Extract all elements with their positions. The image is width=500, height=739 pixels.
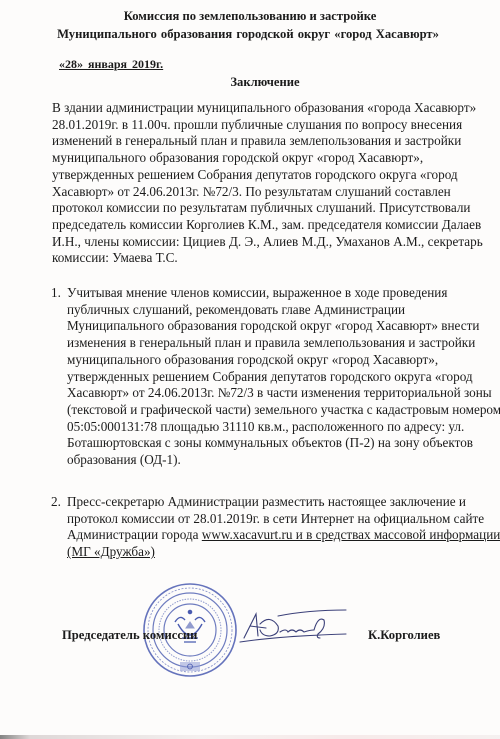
text-line: 28.01.2019г. в 11.00ч. прошли публичные … (52, 117, 472, 134)
signatory-name: К.Корголиев (368, 628, 440, 643)
header-municipality: Муниципального образования городской окр… (0, 27, 498, 42)
media-link[interactable]: (МГ «Дружба») (67, 544, 500, 561)
text-line: изменения в генеральный план и правила з… (67, 335, 500, 352)
text-line: комиссии: Умаева Т.С. (52, 250, 472, 267)
text-line: председатель комиссии Корголиев К.М., за… (52, 217, 472, 234)
scan-edge (0, 735, 500, 739)
text-line: 05:05:000131:78 площадью 31110 кв.м., ра… (67, 419, 500, 436)
text-line: Администрации города www.xacavurt.ru и в… (67, 527, 500, 544)
header-commission: Комиссия по землепользованию и застройке (0, 9, 500, 24)
text-line: протокол комиссии по результатам публичн… (52, 200, 472, 217)
text-line: Боташюртовская с зоны коммунальных объек… (67, 435, 500, 452)
signature-icon (238, 606, 348, 646)
text-line: Хасавюрт» от 24.06.2013г. №72/3 в части … (67, 385, 500, 402)
website-link[interactable]: www.xacavurt.ru и в средствах массовой и… (202, 527, 500, 542)
document-date: «28» января 2019г. (59, 57, 163, 72)
text-fragment: Администрации города (67, 527, 202, 542)
text-line: Учитывая мнение членов комиссии, выражен… (67, 285, 500, 302)
intro-paragraph: В здании администрации муниципального об… (52, 100, 472, 267)
text-line: В здании администрации муниципального об… (52, 100, 472, 117)
text-line: публичных слушаний, рекомендовать главе … (67, 302, 500, 319)
list-item-body: Пресс-секретарю Администрации разместить… (67, 494, 500, 561)
text-line: изменений в генеральный план и правила з… (52, 133, 472, 150)
text-line: утвержденных решением Собрания депутатов… (52, 167, 472, 184)
text-line: муниципального образования городской окр… (52, 150, 472, 167)
text-line: утвержденных решением Собрания депутатов… (67, 369, 500, 386)
text-line: Муниципального образования городской окр… (67, 318, 500, 335)
text-line: Хасавюрт» от 24.06.2013г. №72/3. По резу… (52, 184, 472, 201)
list-number: 1. (51, 285, 61, 302)
text-line: муниципального образования городской окр… (67, 352, 500, 369)
text-line: (текстовой и графической части) земельно… (67, 402, 500, 419)
text-line: И.Н., члены комиссии: Цициев Д. Э., Алие… (52, 234, 472, 251)
signatory-title: Председатель комиссии (62, 628, 197, 643)
text-line: Пресс-секретарю Администрации разместить… (67, 494, 500, 511)
text-line: протокол комиссии от 28.01.2019г. в сети… (67, 511, 500, 528)
list-item-body: Учитывая мнение членов комиссии, выражен… (67, 285, 500, 469)
document-page: Комиссия по землепользованию и застройке… (0, 0, 500, 739)
document-title: Заключение (0, 75, 500, 90)
list-number: 2. (51, 494, 61, 511)
text-line: образования (ОД-1). (67, 452, 500, 469)
